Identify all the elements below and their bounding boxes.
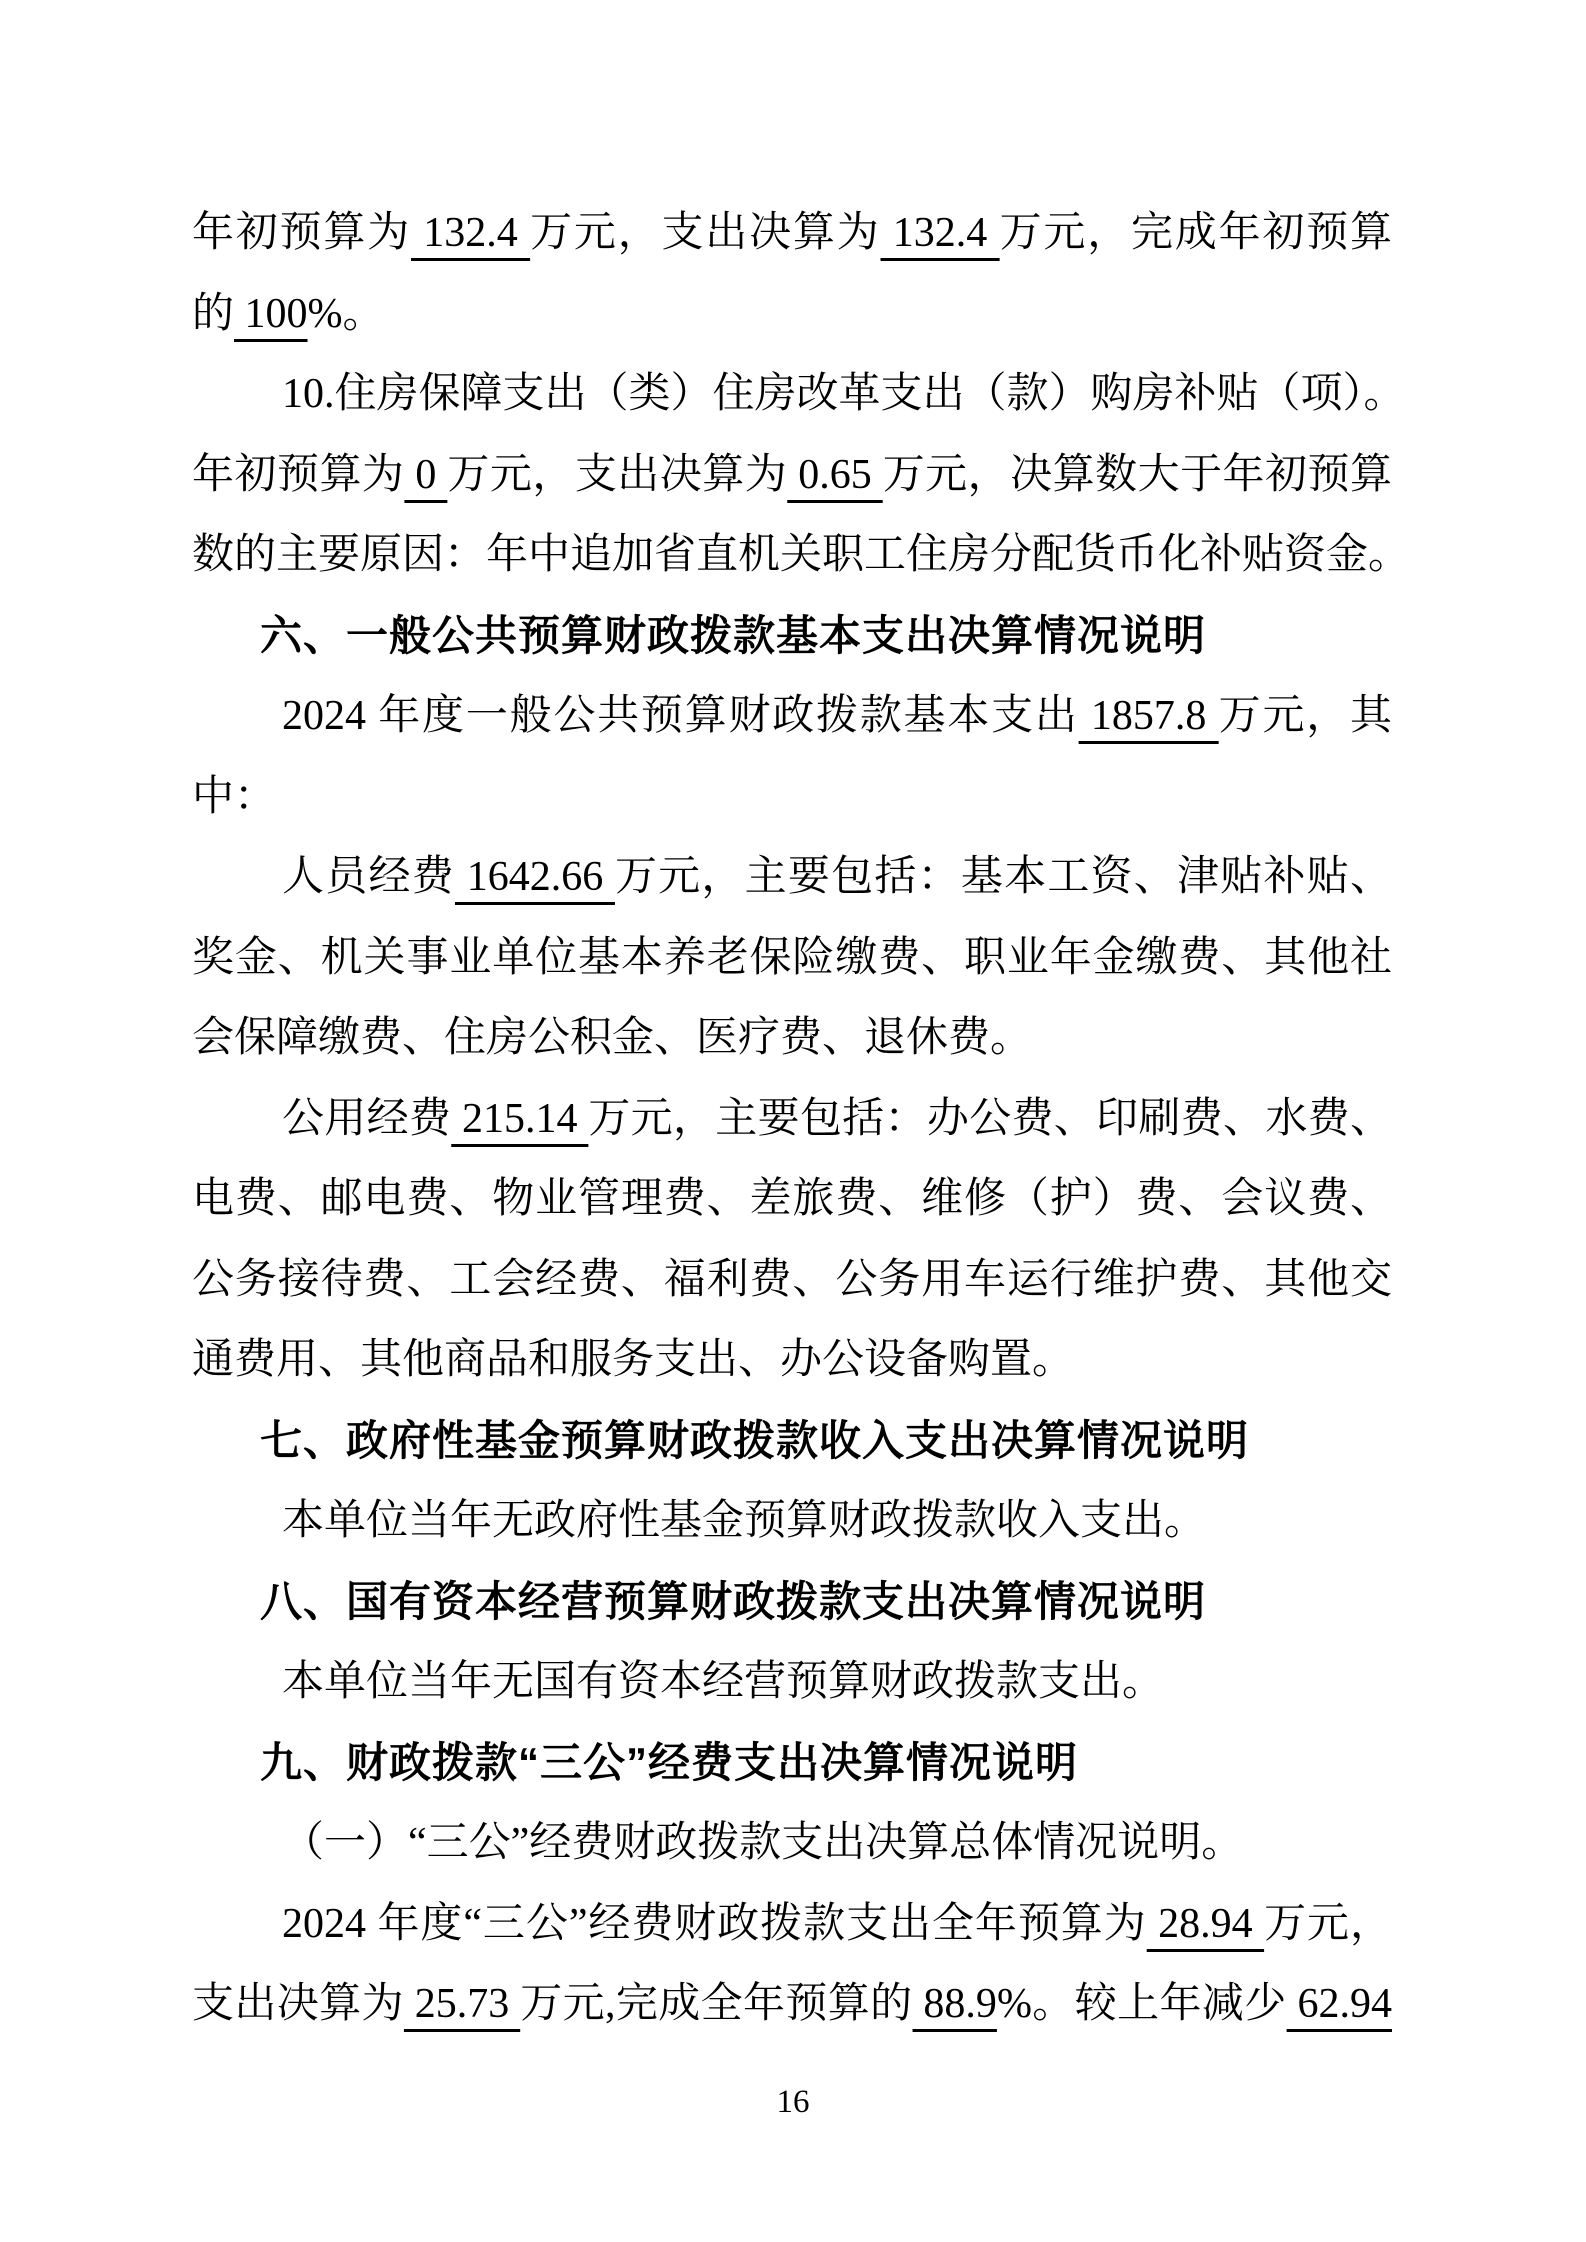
underlined-value: 28.94 (1147, 1901, 1264, 1947)
text-segment: 数的主要原因：年中追加省直机关职工住房分配货币化补贴资金。 (192, 532, 1410, 578)
page-number: 16 (0, 2082, 1586, 2122)
text-segment: 10.住房保障支出（类）住房改革支出（款）购房补贴（项）。 (282, 371, 1406, 417)
text-segment: 九、财政拨款“三公”经费支出决算情况说明 (260, 1739, 1078, 1786)
text-line: 人员经费 1642.66 万元，主要包括：基本工资、津贴补贴、 (192, 837, 1392, 918)
text-segment: 六、一般公共预算财政拨款基本支出决算情况说明 (260, 612, 1206, 659)
text-segment: 电费、邮电费、物业管理费、差旅费、维修（护）费、会议费、 (192, 1176, 1392, 1222)
section-heading: 六、一般公共预算财政拨款基本支出决算情况说明 (192, 596, 1392, 677)
text-segment: 奖金、机关事业单位基本养老保险缴费、职业年金缴费、其他社 (192, 935, 1392, 981)
text-line: 本单位当年无政府性基金预算财政拨款收入支出。 (192, 1481, 1392, 1562)
text-segment: 的 (192, 291, 234, 337)
text-line: 10.住房保障支出（类）住房改革支出（款）购房补贴（项）。 (192, 354, 1392, 435)
text-segment: 七、政府性基金预算财政拨款收入支出决算情况说明 (260, 1417, 1249, 1464)
text-segment: 通费用、其他商品和服务支出、办公设备购置。 (192, 1337, 1074, 1383)
text-line: 数的主要原因：年中追加省直机关职工住房分配货币化补贴资金。 (192, 515, 1392, 596)
text-segment: 万元，完成年初预算 (1000, 210, 1392, 256)
underlined-value: 1857.8 (1079, 693, 1219, 739)
text-line: 通费用、其他商品和服务支出、办公设备购置。 (192, 1320, 1392, 1401)
text-segment: 万元，支出决算为 (530, 210, 880, 256)
section-heading: 八、国有资本经营预算财政拨款支出决算情况说明 (192, 1562, 1392, 1643)
text-line: 本单位当年无国有资本经营预算财政拨款支出。 (192, 1642, 1392, 1723)
text-segment: 本单位当年无政府性基金预算财政拨款收入支出。 (282, 1498, 1206, 1544)
text-line: 中： (192, 757, 1392, 838)
text-segment: 会保障缴费、住房公积金、医疗费、退休费。 (192, 1015, 1032, 1061)
text-segment: 年初预算为 (192, 210, 411, 256)
document-page: 年初预算为 132.4 万元，支出决算为 132.4 万元，完成年初预算的 10… (0, 0, 1586, 2242)
text-line: 电费、邮电费、物业管理费、差旅费、维修（护）费、会议费、 (192, 1159, 1392, 1240)
text-segment: %。 (308, 291, 385, 337)
text-line: （一）“三公”经费财政拨款支出决算总体情况说明。 (192, 1803, 1392, 1884)
text-segment: 万元，主要包括：基本工资、津贴补贴、 (615, 854, 1392, 900)
text-segment: 支出决算为 (192, 1981, 404, 2027)
text-segment: %。较上年减少 (997, 1981, 1287, 2027)
underlined-value: 100 (234, 291, 308, 337)
text-segment: 万元,完成全年预算的 (520, 1981, 912, 2027)
text-segment: 万元，主要包括：办公费、印刷费、水费、 (588, 1096, 1392, 1142)
underlined-value: 25.73 (404, 1981, 520, 2027)
text-segment: 2024 年度一般公共预算财政拨款基本支出 (282, 693, 1079, 739)
underlined-value: 0.65 (787, 452, 882, 498)
underlined-value: 0 (404, 452, 447, 498)
text-segment: 公用经费 (282, 1096, 451, 1142)
text-line: 的 100%。 (192, 274, 1392, 355)
text-segment: 2024 年度“三公”经费财政拨款支出全年预算为 (282, 1901, 1147, 1947)
section-heading: 九、财政拨款“三公”经费支出决算情况说明 (192, 1723, 1392, 1804)
text-line: 2024 年度一般公共预算财政拨款基本支出 1857.8 万元，其 (192, 676, 1392, 757)
section-heading: 七、政府性基金预算财政拨款收入支出决算情况说明 (192, 1401, 1392, 1482)
text-segment: 万元， (1264, 1901, 1392, 1947)
underlined-value: 88.9 (913, 1981, 997, 2027)
text-line: 会保障缴费、住房公积金、医疗费、退休费。 (192, 998, 1392, 1079)
text-line: 2024 年度“三公”经费财政拨款支出全年预算为 28.94 万元， (192, 1884, 1392, 1965)
text-line: 支出决算为 25.73 万元,完成全年预算的 88.9%。较上年减少 62.94 (192, 1964, 1392, 2045)
text-line: 公用经费 215.14 万元，主要包括：办公费、印刷费、水费、 (192, 1079, 1392, 1160)
text-segment: 本单位当年无国有资本经营预算财政拨款支出。 (282, 1659, 1164, 1705)
text-segment: 公务接待费、工会经费、福利费、公务用车运行维护费、其他交 (192, 1257, 1392, 1303)
text-line: 公务接待费、工会经费、福利费、公务用车运行维护费、其他交 (192, 1240, 1392, 1321)
text-segment: （一）“三公”经费财政拨款支出决算总体情况说明。 (282, 1820, 1243, 1866)
underlined-value: 132.4 (881, 210, 1000, 256)
underlined-value: 62.94 (1287, 1981, 1392, 2027)
text-segment: 万元，支出决算为 (447, 452, 787, 498)
text-body: 年初预算为 132.4 万元，支出决算为 132.4 万元，完成年初预算的 10… (192, 193, 1392, 2045)
text-line: 年初预算为 132.4 万元，支出决算为 132.4 万元，完成年初预算 (192, 193, 1392, 274)
text-segment: 八、国有资本经营预算财政拨款支出决算情况说明 (260, 1578, 1206, 1625)
text-segment: 万元，决算数大于年初预算 (883, 452, 1392, 498)
text-segment: 万元，其 (1219, 693, 1392, 739)
text-segment: 人员经费 (282, 854, 455, 900)
text-line: 年初预算为 0 万元，支出决算为 0.65 万元，决算数大于年初预算 (192, 435, 1392, 516)
underlined-value: 215.14 (451, 1096, 588, 1142)
text-segment: 中： (192, 774, 276, 820)
underlined-value: 132.4 (411, 210, 530, 256)
text-line: 奖金、机关事业单位基本养老保险缴费、职业年金缴费、其他社 (192, 918, 1392, 999)
underlined-value: 1642.66 (455, 854, 615, 900)
text-segment: 年初预算为 (192, 452, 404, 498)
